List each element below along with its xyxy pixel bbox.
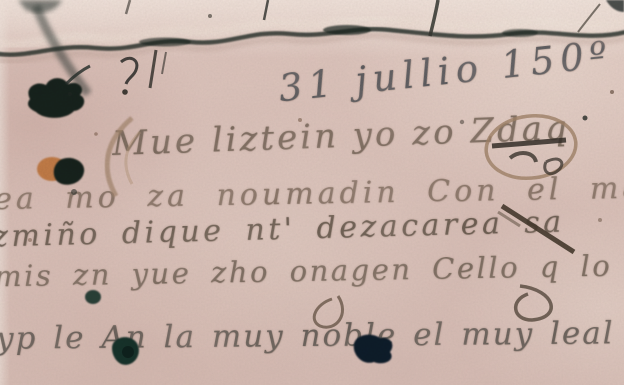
ink-speck — [610, 90, 614, 94]
top-stroke — [578, 4, 600, 32]
flourish-paren-inner — [126, 132, 140, 184]
slash-flourish — [498, 212, 520, 226]
descender-loop — [314, 296, 342, 327]
top-right-corner-shadow — [606, 0, 624, 12]
ink-speck — [298, 118, 302, 122]
paper-mottle-texture — [0, 0, 624, 385]
monogram-stroke — [510, 153, 536, 162]
handwritten-line-3: ea mo za noumadin Con el mars — [0, 170, 624, 217]
tick-mark — [150, 50, 156, 88]
dot-mark — [122, 89, 128, 95]
ink-speck — [598, 218, 602, 222]
crack-dark-segment — [139, 38, 191, 47]
handwritten-line-6: yp le An la muy noble el muy leal — [0, 315, 615, 356]
top-left-edge-blob — [18, 0, 62, 13]
ink-blot — [28, 78, 84, 118]
tick-mark — [162, 52, 166, 74]
ink-speck — [208, 14, 212, 18]
crease-crack — [0, 29, 624, 55]
descender-loop — [516, 286, 552, 320]
circled-monogram-flourish — [483, 111, 580, 184]
ink-blot-tail — [66, 66, 90, 84]
ink-blot-core — [122, 346, 134, 358]
manuscript-photo: 31 jullio 150º Mue liztein yo zo Zdaq ea… — [0, 0, 624, 385]
top-stroke — [126, 0, 130, 14]
rust-spot — [37, 157, 67, 181]
handwritten-line-4: zmiño dique nt' dezacarea sa — [0, 205, 565, 255]
ink-blot-green — [112, 337, 139, 365]
monogram-loop — [545, 159, 562, 174]
handwritten-line-2: Mue liztein yo zo Zdaq — [111, 108, 570, 164]
ink-speck — [583, 116, 588, 121]
crack-dark-segment — [323, 25, 371, 35]
ink-blot — [54, 158, 84, 185]
top-left-streak — [36, 6, 88, 94]
monogram-stroke — [492, 140, 566, 146]
ink-speck — [28, 238, 32, 242]
manuscript-artifacts-overlay — [0, 0, 624, 385]
paper-grain-texture — [0, 0, 624, 385]
ink-speck — [460, 120, 464, 124]
ink-speck — [94, 132, 98, 136]
crease-highlight — [0, 19, 624, 45]
comma-mark — [121, 58, 137, 84]
top-stroke — [264, 0, 268, 20]
handwritten-line-5: mis zn yue zho onagen Cello q lo — [0, 249, 613, 294]
crack-dark-segment — [502, 29, 538, 37]
crease-shadow — [0, 35, 624, 61]
ink-blot-navy — [354, 335, 393, 364]
top-stroke — [430, 0, 438, 36]
handwritten-date-line: 31 jullio 150º — [277, 33, 615, 111]
slash-flourish — [502, 206, 574, 252]
ink-speck — [68, 92, 72, 96]
flourish-paren — [107, 118, 132, 196]
ink-speck — [71, 189, 77, 195]
ink-blot-green — [85, 290, 101, 304]
